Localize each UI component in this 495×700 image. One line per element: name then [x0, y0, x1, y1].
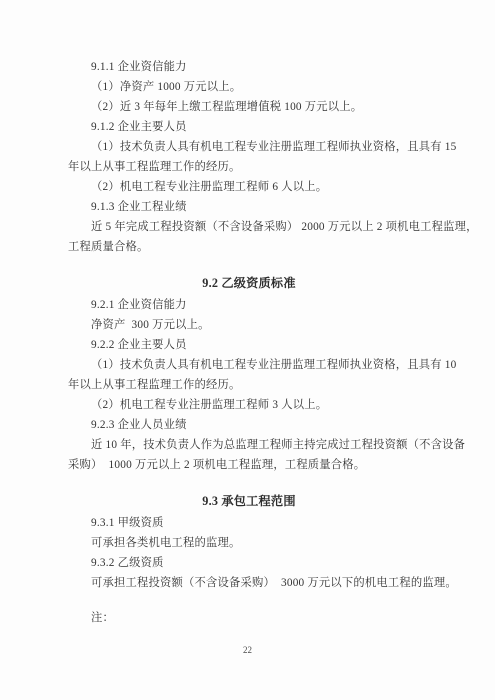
- clause-line: （1）技术负责人具有机电工程专业注册监理工程师执业资格，且具有 10: [68, 355, 430, 375]
- clause-line: 近 5 年完成工程投资额（不含设备采购） 2000 万元以上 2 项机电工程监理…: [68, 217, 430, 237]
- clause-line: 近 10 年，技术负责人作为总监理工程师主持完成过工程投资额（不含设备: [68, 435, 430, 455]
- clause-9-1-1-title: 9.1.1 企业资信能力: [68, 57, 430, 77]
- document-body: 9.1.1 企业资信能力 （1）净资产 1000 万元以上。 （2）近 3 年每…: [68, 57, 430, 628]
- clause-line: 可承担工程投资额（不含设备采购） 3000 万元以下的机电工程的监理。: [68, 573, 430, 593]
- clause-line: （2）近 3 年每年上缴工程监理增值税 100 万元以上。: [68, 97, 430, 117]
- clause-line: 可承担各类机电工程的监理。: [68, 533, 430, 553]
- clause-line-continued: 年以上从事工程监理工作的经历。: [68, 157, 430, 177]
- clause-line-continued: 采购） 1000 万元以上 2 项机电工程监理，工程质量合格。: [68, 455, 430, 475]
- clause-9-3-2-title: 9.3.2 乙级资质: [68, 553, 430, 573]
- section-9-2-heading: 9.2 乙级资质标准: [68, 273, 430, 293]
- clause-line: （1）技术负责人具有机电工程专业注册监理工程师执业资格，且具有 15: [68, 137, 430, 157]
- clause-line-continued: 年以上从事工程监理工作的经历。: [68, 375, 430, 395]
- clause-9-1-3-title: 9.1.3 企业工程业绩: [68, 197, 430, 217]
- clause-9-2-3-title: 9.2.3 企业人员业绩: [68, 415, 430, 435]
- clause-line: （1）净资产 1000 万元以上。: [68, 77, 430, 97]
- page-number: 22: [0, 645, 495, 655]
- clause-9-2-2-title: 9.2.2 企业主要人员: [68, 335, 430, 355]
- document-page: 9.1.1 企业资信能力 （1）净资产 1000 万元以上。 （2）近 3 年每…: [0, 0, 495, 700]
- clause-line: （2）机电工程专业注册监理工程师 3 人以上。: [68, 395, 430, 415]
- clause-line-continued: 工程质量合格。: [68, 237, 430, 257]
- section-9-3-heading: 9.3 承包工程范围: [68, 491, 430, 511]
- clause-9-2-1-title: 9.2.1 企业资信能力: [68, 295, 430, 315]
- clause-9-1-2-title: 9.1.2 企业主要人员: [68, 117, 430, 137]
- clause-line: （2）机电工程专业注册监理工程师 6 人以上。: [68, 177, 430, 197]
- clause-line: 净资产 300 万元以上。: [68, 315, 430, 335]
- clause-9-3-1-title: 9.3.1 甲级资质: [68, 513, 430, 533]
- note-label: 注：: [68, 608, 430, 628]
